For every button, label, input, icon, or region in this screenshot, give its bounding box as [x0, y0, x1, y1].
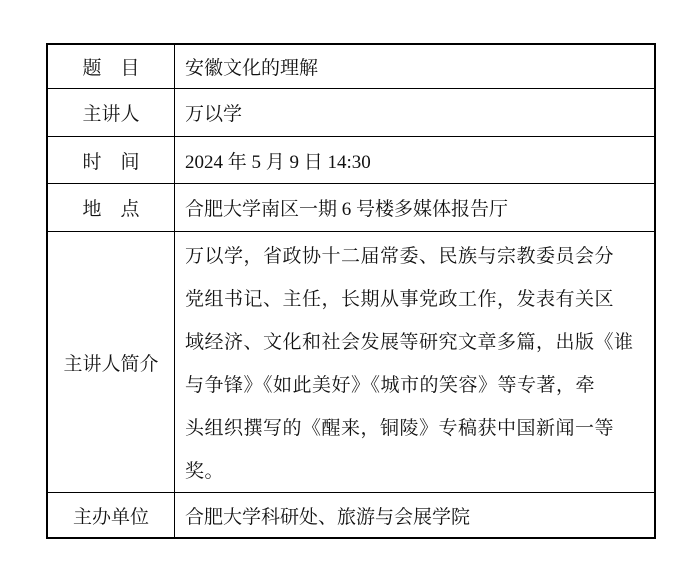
row-value-bio: 万以学，省政协十二届常委、民族与宗教委员会分 党组书记、主任，长期从事党政工作，…: [175, 232, 654, 492]
table-row-speaker: 主讲人 万以学: [48, 89, 654, 137]
table-row-place: 地 点 合肥大学南区一期 6 号楼多媒体报告厅: [48, 184, 654, 232]
table-row-bio: 主讲人简介 万以学，省政协十二届常委、民族与宗教委员会分 党组书记、主任，长期从…: [48, 232, 654, 493]
bio-line: 奖。: [185, 450, 642, 492]
bio-line: 域经济、文化和社会发展等研究文章多篇，出版《谁: [185, 321, 642, 364]
row-label-title: 题 目: [48, 45, 175, 88]
row-label-time: 时 间: [48, 137, 175, 183]
row-value-place: 合肥大学南区一期 6 号楼多媒体报告厅: [175, 184, 654, 231]
bio-line: 头组织撰写的《醒来，铜陵》专稿获中国新闻一等: [185, 407, 642, 450]
announcement-table: 题 目 安徽文化的理解 主讲人 万以学 时 间 2024 年 5 月 9 日 1…: [46, 43, 656, 539]
row-value-speaker: 万以学: [175, 89, 654, 136]
bio-line: 与争锋》《如此美好》《城市的笑容》等专著，牵: [185, 364, 642, 407]
row-value-time: 2024 年 5 月 9 日 14:30: [175, 137, 654, 183]
bio-line: 万以学，省政协十二届常委、民族与宗教委员会分: [185, 235, 642, 278]
row-label-host: 主办单位: [48, 493, 175, 537]
row-value-host: 合肥大学科研处、旅游与会展学院: [175, 493, 654, 537]
row-label-speaker: 主讲人: [48, 89, 175, 136]
table-row-host: 主办单位 合肥大学科研处、旅游与会展学院: [48, 493, 654, 537]
row-label-place: 地 点: [48, 184, 175, 231]
row-label-bio: 主讲人简介: [48, 232, 175, 492]
bio-line: 党组书记、主任，长期从事党政工作，发表有关区: [185, 278, 642, 321]
document-page: { "page": { "background_color": "#ffffff…: [0, 0, 699, 583]
table-row-time: 时 间 2024 年 5 月 9 日 14:30: [48, 137, 654, 184]
table-row-title: 题 目 安徽文化的理解: [48, 45, 654, 89]
row-value-title: 安徽文化的理解: [175, 45, 654, 88]
